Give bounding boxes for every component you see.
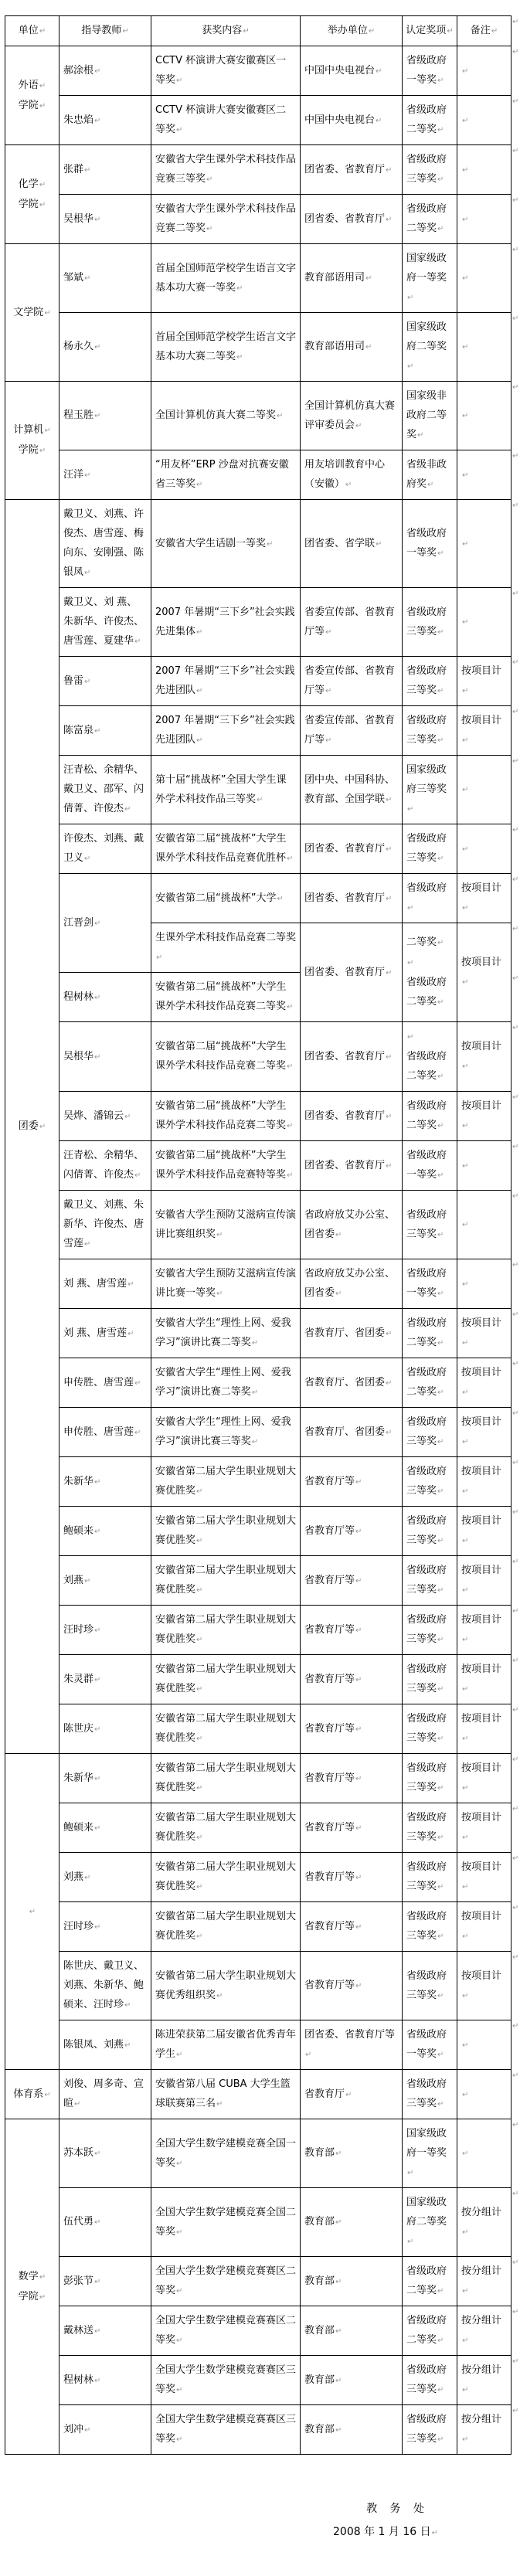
cell-remark: ↵ bbox=[457, 46, 512, 96]
cell-teacher: 彭张节↵ bbox=[59, 2257, 151, 2306]
cell-unit: 计算机↵学院↵ bbox=[5, 382, 59, 500]
paragraph-mark-icon: ↵ bbox=[94, 1676, 100, 1684]
row-end-paragraph-mark-icon: ↵ bbox=[512, 1803, 520, 1853]
cell-teacher: 刘燕↵ bbox=[59, 1556, 151, 1606]
paragraph-mark-icon: ↵ bbox=[94, 67, 100, 76]
cell-remark: ↵ bbox=[457, 1259, 512, 1309]
cell-organizer: 省委宣传部、省教育厅等↵ bbox=[301, 706, 403, 756]
cell-content: 安徽省大学生课外学术科技作品竞赛三等奖↵ bbox=[151, 145, 301, 195]
paragraph-mark-icon: ↵ bbox=[325, 687, 331, 695]
paragraph-mark-icon: ↵ bbox=[462, 1932, 468, 1941]
paragraph-mark-icon: ↵ bbox=[447, 27, 453, 36]
paragraph-mark-icon: ↵ bbox=[355, 1577, 362, 1585]
row-end-paragraph-mark-icon: ↵ bbox=[512, 923, 520, 973]
cell-remark: ↵ bbox=[457, 824, 512, 874]
cell-remark: 按项目计↵ bbox=[457, 1606, 512, 1655]
cell-organizer: 省教育厅等↵ bbox=[301, 1853, 403, 1902]
cell-award: 省级政府二等奖↵ bbox=[403, 1092, 457, 1141]
paragraph-mark-icon: ↵ bbox=[462, 1062, 468, 1071]
paragraph-mark-icon: ↵ bbox=[196, 1586, 202, 1595]
cell-award: 省级政府三等奖↵ bbox=[403, 1556, 457, 1606]
paragraph-mark-icon: ↵ bbox=[432, 2529, 438, 2537]
cell-remark: ↵ bbox=[457, 756, 512, 824]
paragraph-mark-icon: ↵ bbox=[206, 225, 212, 233]
cell-teacher: 张群↵ bbox=[59, 145, 151, 195]
cell-content: 安徽省第二届大学生职业规划大赛优胜奖↵ bbox=[151, 1754, 301, 1803]
table-row: 刘 燕、唐雪莲↵安徽省大学生预防艾滋病宣传演讲比赛一等奖↵省政府放艾办公室、团省… bbox=[5, 1259, 520, 1309]
paragraph-mark-icon: ↵ bbox=[462, 1636, 468, 1644]
cell-organizer: 团省委、省教育厅↵ bbox=[301, 1092, 403, 1141]
paragraph-mark-icon: ↵ bbox=[462, 2228, 468, 2237]
paragraph-mark-icon: ↵ bbox=[462, 1339, 468, 1347]
paragraph-mark-icon: ↵ bbox=[462, 1833, 468, 1842]
cell-award: 省级政府三等奖↵ bbox=[403, 2070, 457, 2119]
paragraph-mark-icon: ↵ bbox=[335, 2149, 342, 2158]
cell-content: CCTV 杯演讲大赛安徽赛区一等奖↵ bbox=[151, 46, 301, 96]
cell-content: 全国大学生数学建模竞赛全国一等奖↵ bbox=[151, 2119, 301, 2188]
paragraph-mark-icon: ↵ bbox=[462, 117, 468, 125]
paragraph-mark-icon: ↵ bbox=[196, 1883, 202, 1891]
table-row: 吴根华↵安徽省第二届“挑战杯”大学生课外学术科技作品竞赛二等奖↵团省委、省教育厅… bbox=[5, 1022, 520, 1092]
cell-content: 安徽省第二届大学生职业规划大赛优秀组织奖↵ bbox=[151, 1952, 301, 2020]
cell-award: 国家级政府一等奖↵ bbox=[403, 2119, 457, 2188]
cell-award: 省级非政府奖↵ bbox=[403, 450, 457, 500]
paragraph-mark-icon: ↵ bbox=[437, 939, 444, 947]
row-end-paragraph-mark-icon: ↵ bbox=[512, 1141, 520, 1191]
paragraph-mark-icon: ↵ bbox=[407, 294, 413, 302]
cell-award: 省级政府三等奖↵ bbox=[403, 1408, 457, 1457]
paragraph-mark-icon: ↵ bbox=[462, 166, 468, 175]
paragraph-mark-icon: ↵ bbox=[39, 1123, 46, 1131]
cell-remark: 按项目计↵ bbox=[457, 1556, 512, 1606]
paragraph-mark-icon: ↵ bbox=[44, 427, 50, 435]
paragraph-mark-icon: ↵ bbox=[267, 540, 273, 549]
paragraph-mark-icon: ↵ bbox=[386, 845, 392, 854]
paragraph-mark-icon: ↵ bbox=[355, 1874, 362, 1882]
cell-award: 省级政府三等奖↵ bbox=[403, 1191, 457, 1259]
paragraph-mark-icon: ↵ bbox=[407, 805, 413, 814]
cell-organizer: 省教育厅等↵ bbox=[301, 1457, 403, 1507]
cell-award: 国家级政府三等奖↵ bbox=[403, 756, 457, 824]
cell-content: 安徽省第二届大学生职业规划大赛优胜奖↵ bbox=[151, 1457, 301, 1507]
paragraph-mark-icon: ↵ bbox=[365, 343, 372, 352]
paragraph-mark-icon: ↵ bbox=[216, 1992, 223, 2000]
paragraph-mark-icon: ↵ bbox=[94, 1478, 100, 1487]
cell-content: 全国大学生数学建模竞赛赛区二等奖↵ bbox=[151, 2257, 301, 2306]
cell-content: 安徽省大学生预防艾滋病宣传演讲比赛一等奖↵ bbox=[151, 1259, 301, 1309]
cell-content: 安徽省大学生“理性上网、爱我学习”演讲比赛三等奖↵ bbox=[151, 1408, 301, 1457]
cell-remark: ↵ bbox=[457, 195, 512, 244]
paragraph-mark-icon: ↵ bbox=[127, 1280, 134, 1289]
cell-remark: ↵ bbox=[457, 313, 512, 382]
paragraph-mark-icon: ↵ bbox=[462, 1685, 468, 1694]
paragraph-mark-icon: ↵ bbox=[94, 2278, 100, 2286]
cell-remark: 按项目计↵ bbox=[457, 1902, 512, 1952]
paragraph-mark-icon: ↵ bbox=[124, 805, 131, 814]
row-end-paragraph-mark-icon: ↵ bbox=[512, 1022, 520, 1092]
paragraph-mark-icon: ↵ bbox=[386, 166, 392, 175]
paragraph-mark-icon: ↵ bbox=[355, 1528, 362, 1536]
paragraph-mark-icon: ↵ bbox=[134, 1379, 141, 1388]
paragraph-mark-icon: ↵ bbox=[386, 1330, 392, 1338]
paragraph-mark-icon: ↵ bbox=[437, 2386, 444, 2394]
paragraph-mark-icon: ↵ bbox=[277, 412, 283, 420]
cell-organizer: 省教育厅↵ bbox=[301, 2070, 403, 2119]
paragraph-mark-icon: ↵ bbox=[176, 76, 182, 85]
cell-unit: 外语↵学院↵ bbox=[5, 46, 59, 145]
paragraph-mark-icon: ↵ bbox=[462, 1221, 468, 1229]
cell-teacher: 程玉胜↵ bbox=[59, 382, 151, 450]
paragraph-mark-icon: ↵ bbox=[462, 1438, 468, 1446]
cell-content: 安徽省第二届“挑战杯”大学↵ bbox=[151, 874, 301, 923]
paragraph-mark-icon: ↵ bbox=[39, 201, 46, 209]
row-end-paragraph-mark-icon: ↵ bbox=[512, 500, 520, 588]
paragraph-mark-icon: ↵ bbox=[427, 481, 433, 489]
paragraph-mark-icon: ↵ bbox=[355, 1725, 362, 1734]
paragraph-mark-icon: ↵ bbox=[94, 1725, 100, 1734]
cell-organizer: 中国中央电视台↵ bbox=[301, 96, 403, 145]
cell-organizer: 中国中央电视台↵ bbox=[301, 46, 403, 96]
cell-award: 省级政府三等奖↵ bbox=[403, 1902, 457, 1952]
paragraph-mark-icon: ↵ bbox=[94, 1824, 100, 1833]
cell-award: 省级政府一等奖↵ bbox=[403, 46, 457, 96]
paragraph-mark-icon: ↵ bbox=[236, 353, 243, 362]
row-end-paragraph-mark-icon: ↵ bbox=[512, 2356, 520, 2405]
table-row: 朱忠焰↵CCTV 杯演讲大赛安徽赛区二等奖↵中国中央电视台↵省级政府二等奖↵↵↵ bbox=[5, 96, 520, 145]
paragraph-mark-icon: ↵ bbox=[437, 76, 444, 85]
table-row: 申传胜、唐雪莲↵安徽省大学生“理性上网、爱我学习”演讲比赛二等奖↵省教育厅、省团… bbox=[5, 1358, 520, 1408]
paragraph-mark-icon: ↵ bbox=[355, 1626, 362, 1635]
paragraph-mark-icon: ↵ bbox=[407, 362, 413, 371]
row-end-paragraph-mark-icon: ↵ bbox=[512, 1853, 520, 1902]
paragraph-mark-icon: ↵ bbox=[376, 67, 382, 76]
paragraph-mark-icon: ↵ bbox=[287, 1122, 293, 1130]
cell-content: 安徽省第二届大学生职业规划大赛优胜奖↵ bbox=[151, 1803, 301, 1853]
cell-organizer: 全国计算机仿真大赛评审委员会↵ bbox=[301, 382, 403, 450]
cell-teacher: 吴烨、潘锦云↵ bbox=[59, 1092, 151, 1141]
cell-award: 省级政府三等奖↵ bbox=[403, 1507, 457, 1556]
paragraph-mark-icon: ↵ bbox=[44, 2091, 50, 2099]
paragraph-mark-icon: ↵ bbox=[437, 998, 444, 1007]
cell-organizer: 教育部语用司↵ bbox=[301, 244, 403, 313]
cell-teacher: 陈世庆↵ bbox=[59, 1704, 151, 1754]
cell-teacher: 邹斌↵ bbox=[59, 244, 151, 313]
table-row: 陈富泉↵2007 年暑期“三下乡”社会实践先进团队↵省委宣传部、省教育厅等↵省级… bbox=[5, 706, 520, 756]
paragraph-mark-icon: ↵ bbox=[84, 1874, 90, 1882]
cell-content: 全国大学生数学建模竞赛赛区三等奖↵ bbox=[151, 2356, 301, 2405]
paragraph-mark-icon: ↵ bbox=[196, 1833, 202, 1842]
paragraph-mark-icon: ↵ bbox=[156, 953, 162, 962]
table-row: 鲍硕来↵安徽省第二届大学生职业规划大赛优胜奖↵省教育厅等↵省级政府三等奖↵按项目… bbox=[5, 1803, 520, 1853]
paragraph-mark-icon: ↵ bbox=[437, 1932, 444, 1941]
paragraph-mark-icon: ↵ bbox=[39, 2273, 46, 2282]
cell-content: 首届全国师范学校学生语言文字基本功大赛二等奖↵ bbox=[151, 313, 301, 382]
table-row: 数学↵学院↵苏本跃↵全国大学生数学建模竞赛全国一等奖↵教育部↵国家级政府一等奖↵… bbox=[5, 2119, 520, 2188]
paragraph-mark-icon: ↵ bbox=[355, 1478, 362, 1487]
paragraph-mark-icon: ↵ bbox=[124, 1113, 131, 1121]
cell-content: 安徽省大学生课外学术科技作品竞赛二等奖↵ bbox=[151, 195, 301, 244]
awards-table: 单位↵指导教师↵获奖内容↵举办单位↵认定奖项↵备注↵↵外语↵学院↵郝涂根↵CCT… bbox=[5, 15, 520, 2455]
paragraph-mark-icon: ↵ bbox=[335, 2377, 342, 2385]
cell-remark: 按项目计↵ bbox=[457, 657, 512, 706]
document-page: 单位↵指导教师↵获奖内容↵举办单位↵认定奖项↵备注↵↵外语↵学院↵郝涂根↵CCT… bbox=[0, 0, 520, 2576]
row-end-paragraph-mark-icon: ↵ bbox=[512, 46, 520, 96]
paragraph-mark-icon: ↵ bbox=[462, 2435, 468, 2444]
row-end-paragraph-mark-icon: ↵ bbox=[512, 2070, 520, 2119]
paragraph-mark-icon: ↵ bbox=[437, 2336, 444, 2345]
cell-content: 安徽省第二届“挑战杯”大学生课外学术科技作品竞赛优胜杯↵ bbox=[151, 824, 301, 874]
cell-award: 省级政府三等奖↵ bbox=[403, 706, 457, 756]
cell-teacher: 汪洋↵ bbox=[59, 450, 151, 500]
row-end-paragraph-mark-icon: ↵ bbox=[512, 382, 520, 450]
cell-teacher: 戴卫义、刘燕、朱新华、许俊杰、唐雪莲↵ bbox=[59, 1191, 151, 1259]
paragraph-mark-icon: ↵ bbox=[39, 2293, 46, 2302]
cell-teacher: 戴卫义、刘 燕、朱新华、许俊杰、唐雪莲、夏建华↵ bbox=[59, 588, 151, 657]
cell-organizer: 团省委、省教育厅↵ bbox=[301, 195, 403, 244]
cell-content: 安徽省大学生话剧一等奖↵ bbox=[151, 500, 301, 588]
cell-remark: ↵ bbox=[457, 588, 512, 657]
cell-award: 省级政府↵ bbox=[403, 874, 457, 923]
cell-organizer: 省教育厅等↵ bbox=[301, 1952, 403, 2020]
paragraph-mark-icon: ↵ bbox=[196, 481, 202, 489]
paragraph-mark-icon: ↵ bbox=[176, 2160, 182, 2168]
row-end-paragraph-mark-icon: ↵ bbox=[512, 588, 520, 657]
paragraph-mark-icon: ↵ bbox=[325, 628, 331, 637]
paragraph-mark-icon: ↵ bbox=[437, 175, 444, 184]
paragraph-mark-icon: ↵ bbox=[176, 2287, 182, 2296]
paragraph-mark-icon: ↵ bbox=[122, 27, 128, 36]
header-cell-unit: 单位↵ bbox=[5, 16, 59, 46]
row-end-paragraph-mark-icon: ↵ bbox=[512, 973, 520, 1022]
paragraph-mark-icon: ↵ bbox=[407, 2169, 413, 2177]
cell-award: 省级政府一等奖↵ bbox=[403, 2020, 457, 2070]
paragraph-mark-icon: ↵ bbox=[94, 2149, 100, 2158]
cell-remark: ↵ bbox=[457, 145, 512, 195]
paragraph-mark-icon: ↵ bbox=[437, 1992, 444, 2000]
cell-award: 省级政府二等奖↵ bbox=[403, 195, 457, 244]
table-row: 文学院↵邹斌↵首届全国师范学校学生语言文字基本功大赛一等奖↵教育部语用司↵国家级… bbox=[5, 244, 520, 313]
cell-remark: 按分组计↵ bbox=[457, 2188, 512, 2257]
row-end-paragraph-mark-icon: ↵ bbox=[512, 1606, 520, 1655]
paragraph-mark-icon: ↵ bbox=[84, 1577, 90, 1585]
paragraph-mark-icon: ↵ bbox=[94, 117, 100, 125]
paragraph-mark-icon: ↵ bbox=[437, 549, 444, 558]
paragraph-mark-icon: ↵ bbox=[252, 1438, 258, 1446]
cell-content: 安徽省大学生“理性上网、爱我学习”演讲比赛二等奖↵ bbox=[151, 1309, 301, 1358]
cell-organizer: 教育部↵ bbox=[301, 2188, 403, 2257]
cell-content: 陈进荣获第二届安徽省优秀青年学生↵ bbox=[151, 2020, 301, 2070]
cell-teacher: 汪青松、余精华、闪倩菁、许俊杰↵ bbox=[59, 1141, 151, 1191]
paragraph-mark-icon: ↵ bbox=[176, 126, 182, 134]
row-end-paragraph-mark-icon: ↵ bbox=[512, 2306, 520, 2356]
table-row: 伍代勇↵全国大学生数学建模竞赛全国二等奖↵教育部↵国家级政府二等奖↵按分组计↵↵ bbox=[5, 2188, 520, 2257]
paragraph-mark-icon: ↵ bbox=[94, 994, 100, 1002]
header-cell-remark: 备注↵ bbox=[457, 16, 512, 46]
paragraph-mark-icon: ↵ bbox=[335, 2327, 342, 2336]
paragraph-mark-icon: ↵ bbox=[196, 1735, 202, 1743]
paragraph-mark-icon: ↵ bbox=[84, 166, 90, 175]
cell-organizer: 省教育厅等↵ bbox=[301, 1556, 403, 1606]
cell-organizer: 团省委、省教育厅↵ bbox=[301, 824, 403, 874]
paragraph-mark-icon: ↵ bbox=[437, 1290, 444, 1298]
paragraph-mark-icon: ↵ bbox=[176, 2336, 182, 2345]
row-end-paragraph-mark-icon: ↵ bbox=[512, 2020, 520, 2070]
paragraph-mark-icon: ↵ bbox=[462, 2386, 468, 2394]
cell-award: 省级政府一等奖↵ bbox=[403, 500, 457, 588]
paragraph-mark-icon: ↵ bbox=[437, 1072, 444, 1081]
paragraph-mark-icon: ↵ bbox=[252, 1339, 258, 1347]
paragraph-mark-icon: ↵ bbox=[196, 687, 202, 695]
paragraph-mark-icon: ↵ bbox=[462, 786, 468, 794]
cell-award: 省级政府二等奖↵ bbox=[403, 1358, 457, 1408]
cell-organizer: 省委宣传部、省教育厅等↵ bbox=[301, 588, 403, 657]
paragraph-mark-icon: ↵ bbox=[236, 284, 243, 293]
row-end-paragraph-mark-icon: ↵ bbox=[512, 16, 520, 46]
paragraph-mark-icon: ↵ bbox=[437, 1883, 444, 1891]
paragraph-mark-icon: ↵ bbox=[124, 2001, 131, 2010]
cell-unit: 体育系↵ bbox=[5, 2070, 59, 2119]
cell-remark: ↵ bbox=[457, 2119, 512, 2188]
paragraph-mark-icon: ↵ bbox=[287, 1003, 293, 1011]
paragraph-mark-icon: ↵ bbox=[84, 678, 90, 686]
cell-organizer: 省教育厅等↵ bbox=[301, 1803, 403, 1853]
cell-organizer: 用友培训教育中心（安徽）↵ bbox=[301, 450, 403, 500]
cell-teacher: 朱忠焰↵ bbox=[59, 96, 151, 145]
cell-award: ↵省级政府二等奖↵ bbox=[403, 1022, 457, 1092]
paragraph-mark-icon: ↵ bbox=[196, 1487, 202, 1496]
cell-remark: ↵ bbox=[457, 382, 512, 450]
row-end-paragraph-mark-icon: ↵ bbox=[512, 824, 520, 874]
paragraph-mark-icon: ↵ bbox=[94, 216, 100, 224]
paragraph-mark-icon: ↵ bbox=[437, 2287, 444, 2296]
paragraph-mark-icon: ↵ bbox=[44, 309, 50, 318]
paragraph-mark-icon: ↵ bbox=[325, 736, 331, 745]
table-row: 化学↵学院↵张群↵安徽省大学生课外学术科技作品竞赛三等奖↵团省委、省教育厅↵省级… bbox=[5, 145, 520, 195]
cell-award: 国家级政府二等奖↵ bbox=[403, 2188, 457, 2257]
cell-teacher: 陈银凤、刘燕↵ bbox=[59, 2020, 151, 2070]
cell-remark: ↵ bbox=[457, 1191, 512, 1259]
paragraph-mark-icon: ↵ bbox=[355, 1676, 362, 1684]
paragraph-mark-icon: ↵ bbox=[216, 1231, 223, 1239]
cell-content: 安徽省第二届大学生职业规划大赛优胜奖↵ bbox=[151, 1853, 301, 1902]
paragraph-mark-icon: ↵ bbox=[386, 1113, 392, 1121]
paragraph-mark-icon: ↵ bbox=[437, 1438, 444, 1446]
paragraph-mark-icon: ↵ bbox=[287, 1171, 293, 1180]
table-row: 朱灵群↵安徽省第二届大学生职业规划大赛优胜奖↵省教育厅等↵省级政府三等奖↵按项目… bbox=[5, 1655, 520, 1704]
cell-teacher: 郝涂根↵ bbox=[59, 46, 151, 96]
paragraph-mark-icon: ↵ bbox=[386, 796, 392, 804]
paragraph-mark-icon: ↵ bbox=[176, 2386, 182, 2394]
cell-content: 安徽省第二届大学生职业规划大赛优胜奖↵ bbox=[151, 1655, 301, 1704]
table-header-row: 单位↵指导教师↵获奖内容↵举办单位↵认定奖项↵备注↵↵ bbox=[5, 16, 520, 46]
cell-remark: ↵ bbox=[457, 2070, 512, 2119]
paragraph-mark-icon: ↵ bbox=[437, 1586, 444, 1595]
cell-organizer: 教育部语用司↵ bbox=[301, 313, 403, 382]
cell-organizer: 省教育厅等↵ bbox=[301, 1606, 403, 1655]
paragraph-mark-icon: ↵ bbox=[462, 687, 468, 695]
table-row: 团委↵戴卫义、刘燕、许俊杰、唐雪莲、梅向东、安刚强、陈银凤↵安徽省大学生话剧一等… bbox=[5, 500, 520, 588]
cell-award: 省级政府三等奖↵ bbox=[403, 824, 457, 874]
table-row: 戴卫义、刘 燕、朱新华、许俊杰、唐雪莲、夏建华↵2007 年暑期“三下乡”社会实… bbox=[5, 588, 520, 657]
table-row: 杨永久↵首届全国师范学校学生语言文字基本功大赛二等奖↵教育部语用司↵国家级政府二… bbox=[5, 313, 520, 382]
cell-teacher: 陈世庆、戴卫义、刘燕、朱新华、鲍硕来、汪时珍↵ bbox=[59, 1952, 151, 2020]
row-end-paragraph-mark-icon: ↵ bbox=[512, 244, 520, 313]
cell-remark: 按项目计↵ bbox=[457, 706, 512, 756]
paragraph-mark-icon: ↵ bbox=[462, 618, 468, 627]
paragraph-mark-icon: ↵ bbox=[94, 2218, 100, 2227]
cell-organizer: 团省委、省教育厅等↵ bbox=[301, 2020, 403, 2070]
row-end-paragraph-mark-icon: ↵ bbox=[512, 1704, 520, 1754]
cell-content: 安徽省第二届“挑战杯”大学生课外学术科技作品竞赛二等奖↵ bbox=[151, 1092, 301, 1141]
paragraph-mark-icon: ↵ bbox=[124, 2041, 131, 2050]
cell-award: 省级政府二等奖↵ bbox=[403, 1309, 457, 1358]
table-row: 陈世庆、戴卫义、刘燕、朱新华、鲍硕来、汪时珍↵安徽省第二届大学生职业规划大赛优秀… bbox=[5, 1952, 520, 2020]
cell-remark: ↵ bbox=[457, 96, 512, 145]
paragraph-mark-icon: ↵ bbox=[462, 1162, 468, 1171]
cell-content: 全国计算机仿真大赛二等奖↵ bbox=[151, 382, 301, 450]
cell-remark: 按项目计↵ bbox=[457, 1853, 512, 1902]
paragraph-mark-icon: ↵ bbox=[462, 736, 468, 745]
row-end-paragraph-mark-icon: ↵ bbox=[512, 1952, 520, 2020]
cell-award: 省级政府一等奖↵ bbox=[403, 1141, 457, 1191]
paragraph-mark-icon: ↵ bbox=[386, 1379, 392, 1388]
cell-content: 生课外学术科技作品竞赛二等奖↵ bbox=[151, 923, 301, 973]
cell-award: 省级政府三等奖↵ bbox=[403, 1754, 457, 1803]
paragraph-mark-icon: ↵ bbox=[437, 1388, 444, 1397]
row-end-paragraph-mark-icon: ↵ bbox=[512, 1408, 520, 1457]
paragraph-mark-icon: ↵ bbox=[39, 181, 46, 189]
cell-teacher: 吴根华↵ bbox=[59, 1022, 151, 1092]
cell-award: 省级政府一等奖↵ bbox=[403, 1259, 457, 1309]
table-row: 朱新华↵安徽省第二届大学生职业规划大赛优胜奖↵省教育厅等↵省级政府三等奖↵按项目… bbox=[5, 1457, 520, 1507]
table-row: 鲍硕来↵安徽省第二届大学生职业规划大赛优胜奖↵省教育厅等↵省级政府三等奖↵按项目… bbox=[5, 1507, 520, 1556]
paragraph-mark-icon: ↵ bbox=[462, 540, 468, 549]
row-end-paragraph-mark-icon: ↵ bbox=[512, 1092, 520, 1141]
row-end-paragraph-mark-icon: ↵ bbox=[512, 145, 520, 195]
paragraph-mark-icon: ↵ bbox=[437, 225, 444, 233]
row-end-paragraph-mark-icon: ↵ bbox=[512, 874, 520, 923]
paragraph-mark-icon: ↵ bbox=[94, 1775, 100, 1783]
row-end-paragraph-mark-icon: ↵ bbox=[512, 2257, 520, 2306]
cell-teacher: 朱新华↵ bbox=[59, 1457, 151, 1507]
cell-organizer: 省教育厅等↵ bbox=[301, 1902, 403, 1952]
table-row: 外语↵学院↵郝涂根↵CCTV 杯演讲大赛安徽赛区一等奖↵中国中央电视台↵省级政府… bbox=[5, 46, 520, 96]
paragraph-mark-icon: ↵ bbox=[134, 1429, 141, 1437]
paragraph-mark-icon: ↵ bbox=[134, 1171, 141, 1180]
paragraph-mark-icon: ↵ bbox=[437, 1784, 444, 1793]
cell-remark: 按项目计↵ bbox=[457, 1655, 512, 1704]
paragraph-mark-icon: ↵ bbox=[462, 1122, 468, 1130]
table-row: 许俊杰、刘燕、戴卫义↵安徽省第二届“挑战杯”大学生课外学术科技作品竞赛优胜杯↵团… bbox=[5, 824, 520, 874]
cell-teacher: 陈富泉↵ bbox=[59, 706, 151, 756]
paragraph-mark-icon: ↵ bbox=[437, 855, 444, 863]
paragraph-mark-icon: ↵ bbox=[437, 1231, 444, 1239]
paragraph-mark-icon: ↵ bbox=[216, 2100, 223, 2109]
row-end-paragraph-mark-icon: ↵ bbox=[512, 1259, 520, 1309]
table-row: 汪洋↵“用友杯”ERP 沙盘对抗赛安徽省三等奖↵用友培训教育中心（安徽）↵省级非… bbox=[5, 450, 520, 500]
paragraph-mark-icon: ↵ bbox=[437, 1833, 444, 1842]
row-end-paragraph-mark-icon: ↵ bbox=[512, 756, 520, 824]
cell-content: 2007 年暑期“三下乡”社会实践先进集体↵ bbox=[151, 588, 301, 657]
cell-organizer: 教育部↵ bbox=[301, 2405, 403, 2455]
paragraph-mark-icon: ↵ bbox=[376, 540, 382, 549]
cell-teacher: 刘 燕、唐雪莲↵ bbox=[59, 1259, 151, 1309]
cell-remark: 按项目计↵ bbox=[457, 1408, 512, 1457]
paragraph-mark-icon: ↵ bbox=[335, 2218, 342, 2227]
paragraph-mark-icon: ↵ bbox=[386, 1162, 392, 1171]
cell-remark: 按项目计↵ bbox=[457, 1754, 512, 1803]
table-row: 体育系↵刘俊、周多奇、宣暄↵安徽省第八届 CUBA 大学生篮球联赛第三名↵省教育… bbox=[5, 2070, 520, 2119]
